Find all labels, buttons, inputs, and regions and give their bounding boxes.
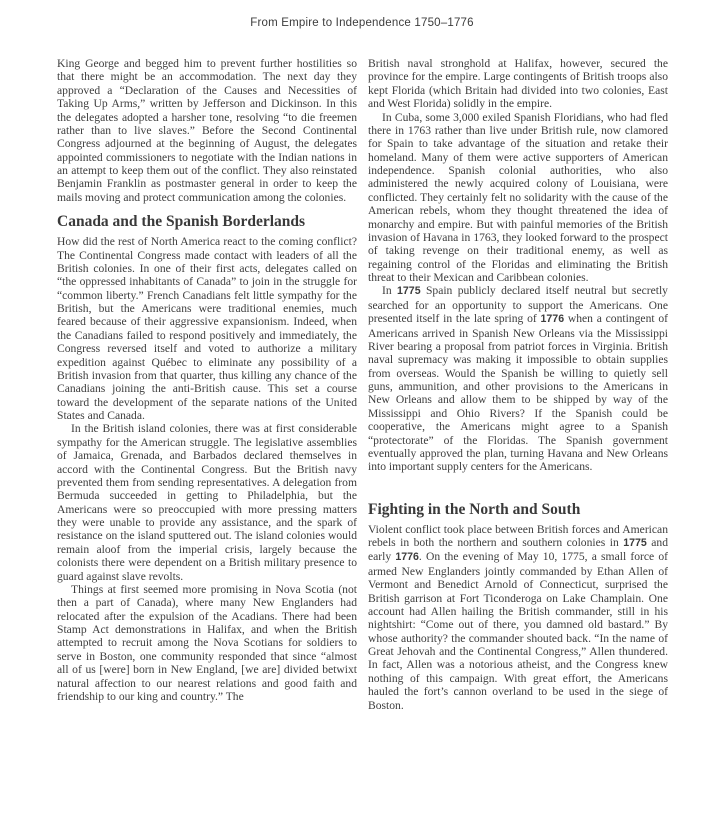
paragraph-text: In [382, 284, 397, 297]
year-highlight: 1776 [395, 551, 419, 563]
body-paragraph: In the British island colonies, there wa… [57, 422, 357, 583]
body-paragraph: King George and begged him to prevent fu… [57, 57, 357, 204]
body-paragraph: In Cuba, some 3,000 exiled Spanish Flori… [368, 111, 668, 285]
year-highlight: 1776 [541, 313, 565, 325]
body-paragraph: Violent conflict took place between Brit… [368, 523, 668, 712]
paragraph-text: King George and begged him to prevent fu… [57, 57, 357, 204]
paragraph-text: How did the rest of North America react … [57, 235, 357, 422]
body-paragraph: Things at first seemed more promising in… [57, 583, 357, 703]
paragraph-text: In Cuba, some 3,000 exiled Spanish Flori… [368, 111, 668, 285]
section-heading: Canada and the Spanish Borderlands [57, 213, 357, 231]
running-head-title: From Empire to Independence 1750–1776 [0, 17, 724, 29]
paragraph-text: . On the evening of May 10, 1775, a smal… [368, 550, 668, 711]
body-paragraph: How did the rest of North America react … [57, 235, 357, 422]
left-column: King George and begged him to prevent fu… [57, 57, 357, 712]
year-highlight: 1775 [623, 537, 647, 549]
body-paragraph: British naval stronghold at Halifax, how… [368, 57, 668, 111]
paragraph-text: British naval stronghold at Halifax, how… [368, 57, 668, 110]
text-columns: King George and begged him to prevent fu… [57, 57, 668, 712]
body-paragraph: In 1775 Spain publicly declared itself n… [368, 284, 668, 473]
section-heading: Fighting in the North and South [368, 501, 668, 519]
paragraph-text: In the British island colonies, there wa… [57, 422, 357, 582]
paragraph-text: when a contingent of Americans arrived i… [368, 312, 668, 473]
paragraph-text: Things at first seemed more promising in… [57, 583, 357, 703]
book-page: From Empire to Independence 1750–1776 Ki… [0, 0, 724, 820]
right-column: British naval stronghold at Halifax, how… [368, 57, 668, 712]
year-highlight: 1775 [397, 285, 421, 297]
